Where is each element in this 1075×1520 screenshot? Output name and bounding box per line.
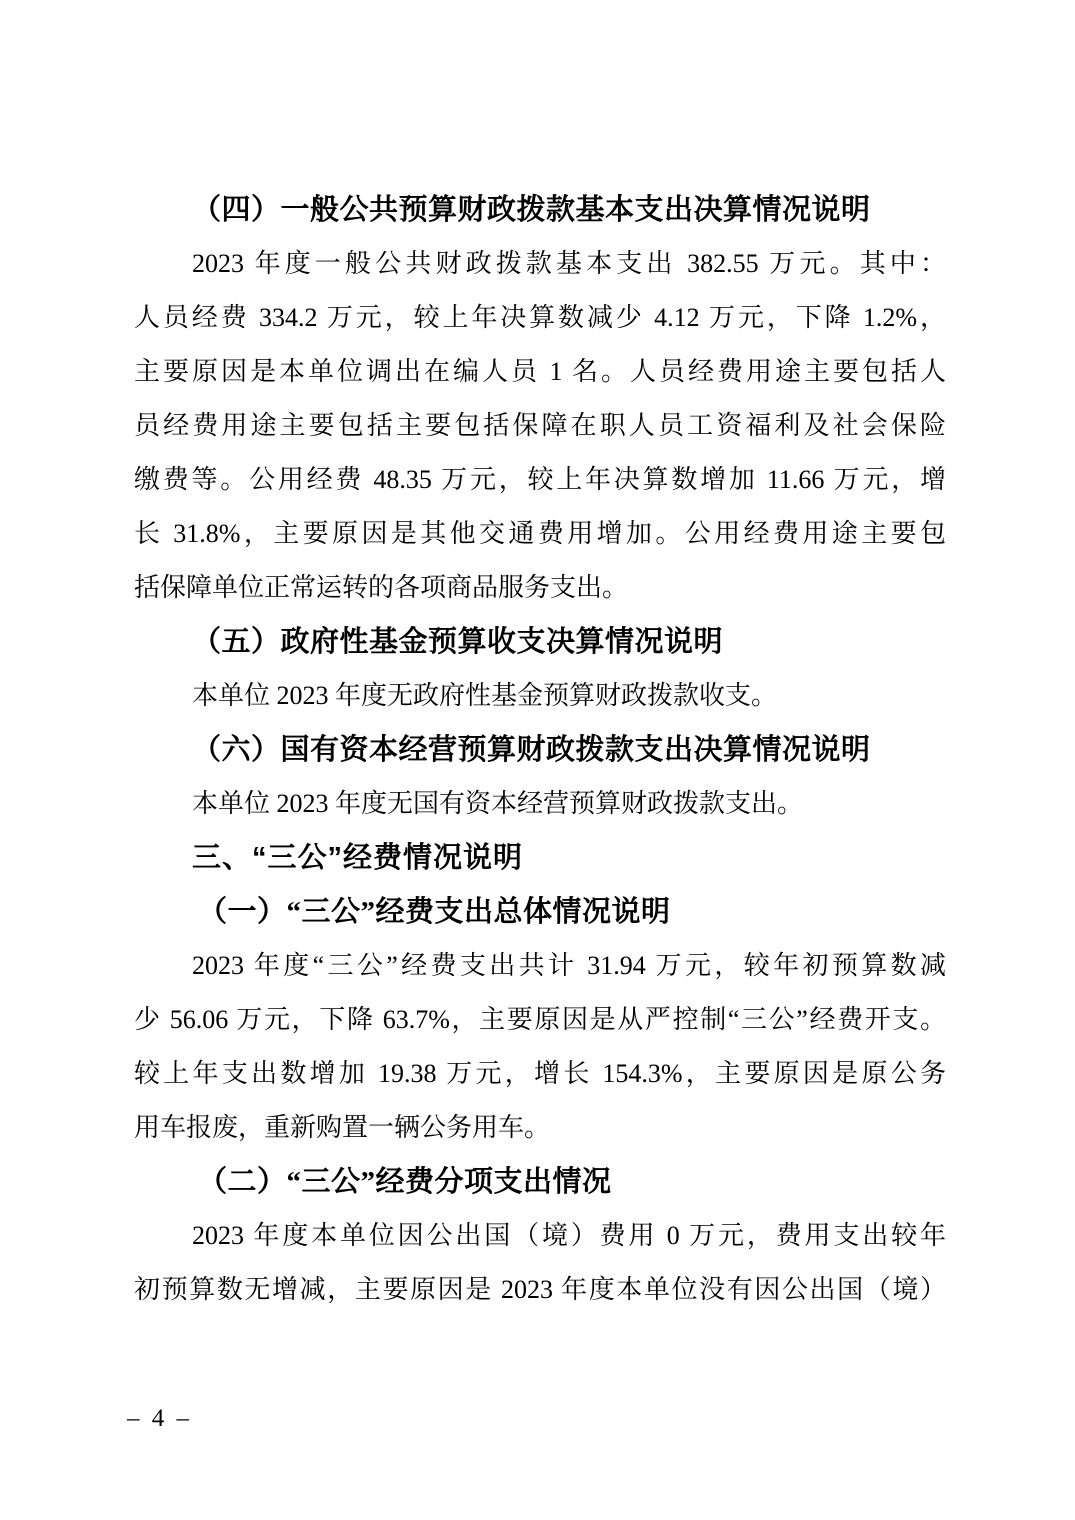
page-number: – 4 – — [127, 1403, 192, 1435]
section-4: （四）一般公共预算财政拨款基本支出决算情况说明 2023 年度一般公共财政拨款基… — [134, 183, 946, 615]
section-5-heading: （五）政府性基金预算收支决算情况说明 — [134, 615, 946, 669]
paragraph-line: 主要原因是本单位调出在编人员 1 名。人员经费用途主要包括人 — [134, 345, 946, 399]
paragraph-line: 初预算数无增减，主要原因是 2023 年度本单位没有因公出国（境） — [134, 1263, 946, 1317]
paragraph-line: 人员经费 334.2 万元，较上年决算数减少 4.12 万元，下降 1.2%， — [134, 291, 946, 345]
document-page: （四）一般公共预算财政拨款基本支出决算情况说明 2023 年度一般公共财政拨款基… — [0, 0, 1075, 1520]
section-three-sangong: 三、“三公”经费情况说明 （一）“三公”经费支出总体情况说明 2023 年度“三… — [134, 831, 946, 1317]
paragraph-line: 本单位 2023 年度无国有资本经营预算财政拨款支出。 — [134, 777, 946, 831]
paragraph-line: 括保障单位正常运转的各项商品服务支出。 — [134, 561, 946, 615]
paragraph-line: 2023 年度一般公共财政拨款基本支出 382.55 万元。其中： — [134, 237, 946, 291]
subsection-2-heading: （二）“三公”经费分项支出情况 — [134, 1155, 946, 1209]
subsection-1-heading: （一）“三公”经费支出总体情况说明 — [134, 885, 946, 939]
paragraph-line: 2023 年度本单位因公出国（境）费用 0 万元，费用支出较年 — [134, 1209, 946, 1263]
section-6: （六）国有资本经营预算财政拨款支出决算情况说明 本单位 2023 年度无国有资本… — [134, 723, 946, 831]
section-5: （五）政府性基金预算收支决算情况说明 本单位 2023 年度无政府性基金预算财政… — [134, 615, 946, 723]
section-three-heading: 三、“三公”经费情况说明 — [134, 831, 946, 885]
paragraph-line: 少 56.06 万元，下降 63.7%，主要原因是从严控制“三公”经费开支。 — [134, 993, 946, 1047]
paragraph-line: 员经费用途主要包括主要包括保障在职人员工资福利及社会保险 — [134, 399, 946, 453]
paragraph-line: 长 31.8%，主要原因是其他交通费用增加。公用经费用途主要包 — [134, 507, 946, 561]
section-4-heading: （四）一般公共预算财政拨款基本支出决算情况说明 — [134, 183, 946, 237]
paragraph-line: 缴费等。公用经费 48.35 万元，较上年决算数增加 11.66 万元，增 — [134, 453, 946, 507]
paragraph-line: 较上年支出数增加 19.38 万元，增长 154.3%，主要原因是原公务 — [134, 1047, 946, 1101]
document-body: （四）一般公共预算财政拨款基本支出决算情况说明 2023 年度一般公共财政拨款基… — [134, 183, 946, 1317]
paragraph-line: 2023 年度“三公”经费支出共计 31.94 万元，较年初预算数减 — [134, 939, 946, 993]
section-6-heading: （六）国有资本经营预算财政拨款支出决算情况说明 — [134, 723, 946, 777]
paragraph-line: 用车报废，重新购置一辆公务用车。 — [134, 1101, 946, 1155]
paragraph-line: 本单位 2023 年度无政府性基金预算财政拨款收支。 — [134, 669, 946, 723]
